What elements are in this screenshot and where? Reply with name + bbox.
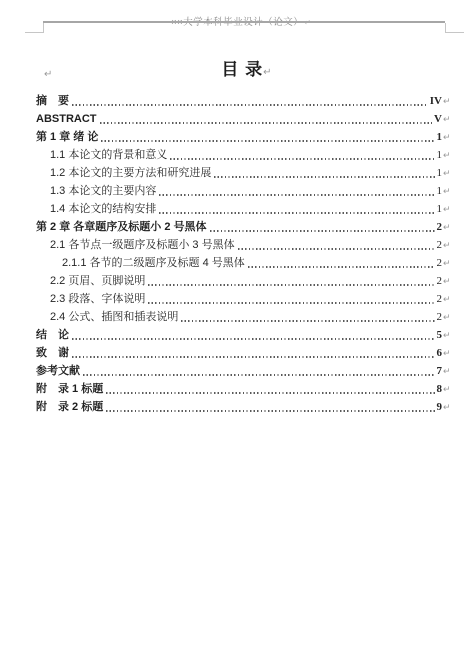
pilcrow-icon: ↵ (443, 128, 451, 146)
document-page: ××大学本科毕业设计（论文）↵ 目 录↵ ↵ 摘 要 IV ↵ ABSTRACT… (0, 0, 470, 645)
margin-crop-mark-right (445, 23, 464, 33)
toc-entry-label: 第 2 章 各章题序及标题小 2 号黑体 (36, 218, 207, 236)
toc-page-number: IV (430, 92, 442, 110)
dot-leader (248, 266, 435, 268)
pilcrow-icon: ↵ (443, 326, 451, 344)
toc-entry-label: 结 论 (36, 326, 69, 344)
toc-entry[interactable]: 结 论 5 ↵ (36, 326, 451, 344)
toc-entry-label: 2.1.1 各节的二级题序及标题 4 号黑体 (36, 254, 245, 272)
toc-entry[interactable]: ABSTRACT V ↵ (36, 110, 451, 128)
page-title: 目 录↵ (0, 35, 470, 100)
toc-page-number: 8 (437, 380, 443, 398)
toc-page-number: 2 (437, 218, 443, 236)
toc-entry-label: ABSTRACT (36, 110, 97, 128)
dot-leader (72, 104, 428, 106)
pilcrow-icon: ↵ (443, 218, 451, 236)
toc-entry[interactable]: 摘 要 IV ↵ (36, 92, 451, 110)
dot-leader (159, 194, 434, 196)
dot-leader (101, 140, 434, 142)
pilcrow-icon: ↵ (443, 290, 451, 308)
toc-page-number: 1 (437, 146, 443, 164)
pilcrow-icon: ↵ (443, 272, 451, 290)
toc-entry[interactable]: 2.1 各节点一级题序及标题小 3 号黑体 2 ↵ (36, 236, 451, 254)
toc-entry-label: 附 录 2 标题 (36, 398, 103, 416)
toc-entry-label: 附 录 1 标题 (36, 380, 103, 398)
pilcrow-icon: ↵ (443, 308, 451, 326)
toc-page-number: 9 (437, 398, 443, 416)
toc-entry[interactable]: 致 谢 6 ↵ (36, 344, 451, 362)
toc-page-number: 2 (437, 290, 443, 308)
toc-entry[interactable]: 附 录 2 标题 9 ↵ (36, 398, 451, 416)
pilcrow-icon: ↵ (443, 200, 451, 218)
pilcrow-icon: ↵ (44, 69, 52, 80)
pilcrow-icon: ↵ (443, 146, 451, 164)
toc-entry-label: 1.3 本论文的主要内容 (36, 182, 156, 200)
toc-entry-label: 1.1 本论文的背景和意义 (36, 146, 167, 164)
toc-entry-label: 2.2 页眉、页脚说明 (36, 272, 145, 290)
toc-entry[interactable]: 2.3 段落、字体说明 2 ↵ (36, 290, 451, 308)
toc-entry-label: 致 谢 (36, 344, 69, 362)
dot-leader (159, 212, 434, 214)
toc-entry-label: 参考文献 (36, 362, 80, 380)
page-title-text: 目 录 (221, 60, 263, 79)
toc-entry[interactable]: 1.2 本论文的主要方法和研究进展 1 ↵ (36, 164, 451, 182)
toc-page-number: 2 (437, 254, 443, 272)
toc-page-number: 1 (437, 128, 443, 146)
pilcrow-icon: ↵ (263, 67, 271, 78)
toc-entry[interactable]: 参考文献 7 ↵ (36, 362, 451, 380)
toc-entry[interactable]: 第 2 章 各章题序及标题小 2 号黑体 2 ↵ (36, 218, 451, 236)
dot-leader (100, 122, 433, 124)
dot-leader (83, 374, 435, 376)
toc-entry[interactable]: 第 1 章 绪 论 1 ↵ (36, 128, 451, 146)
toc-entry-label: 1.4 本论文的结构安排 (36, 200, 156, 218)
pilcrow-icon: ↵ (443, 164, 451, 182)
toc-page-number: 7 (437, 362, 443, 380)
pilcrow-icon: ↵ (443, 380, 451, 398)
toc-entry-label: 1.2 本论文的主要方法和研究进展 (36, 164, 211, 182)
dot-leader (214, 176, 434, 178)
toc-page-number: 1 (437, 200, 443, 218)
dot-leader (148, 302, 434, 304)
dot-leader (72, 356, 435, 358)
toc-page-number: 2 (437, 272, 443, 290)
pilcrow-icon: ↵ (443, 92, 451, 110)
dot-leader (148, 284, 434, 286)
dot-leader (181, 320, 434, 322)
toc-page-number: 1 (437, 182, 443, 200)
toc-page-number: 5 (437, 326, 443, 344)
toc-list: 摘 要 IV ↵ ABSTRACT V ↵ 第 1 章 绪 论 1 ↵ 1.1 … (36, 92, 451, 416)
toc-entry-label: 摘 要 (36, 92, 69, 110)
toc-page-number: 1 (437, 164, 443, 182)
toc-entry-label: 第 1 章 绪 论 (36, 128, 98, 146)
pilcrow-icon: ↵ (443, 182, 451, 200)
dot-leader (106, 392, 434, 394)
dot-leader (106, 410, 434, 412)
toc-entry-label: 2.1 各节点一级题序及标题小 3 号黑体 (36, 236, 235, 254)
dot-leader (170, 158, 434, 160)
pilcrow-icon: ↵ (443, 254, 451, 272)
toc-entry[interactable]: 1.4 本论文的结构安排 1 ↵ (36, 200, 451, 218)
pilcrow-icon: ↵ (443, 398, 451, 416)
toc-entry[interactable]: 2.1.1 各节的二级题序及标题 4 号黑体 2 ↵ (36, 254, 451, 272)
pilcrow-icon: ↵ (443, 344, 451, 362)
toc-page-number: V (434, 110, 442, 128)
margin-crop-mark-left (25, 23, 44, 33)
toc-page-number: 2 (437, 308, 443, 326)
dot-leader (238, 248, 435, 250)
toc-entry[interactable]: 1.1 本论文的背景和意义 1 ↵ (36, 146, 451, 164)
toc-entry[interactable]: 2.2 页眉、页脚说明 2 ↵ (36, 272, 451, 290)
pilcrow-icon: ↵ (443, 236, 451, 254)
toc-entry[interactable]: 1.3 本论文的主要内容 1 ↵ (36, 182, 451, 200)
toc-page-number: 6 (437, 344, 443, 362)
dot-leader (72, 338, 435, 340)
pilcrow-icon: ↵ (443, 110, 451, 128)
dot-leader (210, 230, 435, 232)
pilcrow-icon: ↵ (443, 362, 451, 380)
toc-entry-label: 2.4 公式、插图和插表说明 (36, 308, 178, 326)
toc-entry[interactable]: 2.4 公式、插图和插表说明 2 ↵ (36, 308, 451, 326)
header-rule (43, 21, 445, 23)
toc-entry[interactable]: 附 录 1 标题 8 ↵ (36, 380, 451, 398)
toc-page-number: 2 (437, 236, 443, 254)
toc-entry-label: 2.3 段落、字体说明 (36, 290, 145, 308)
